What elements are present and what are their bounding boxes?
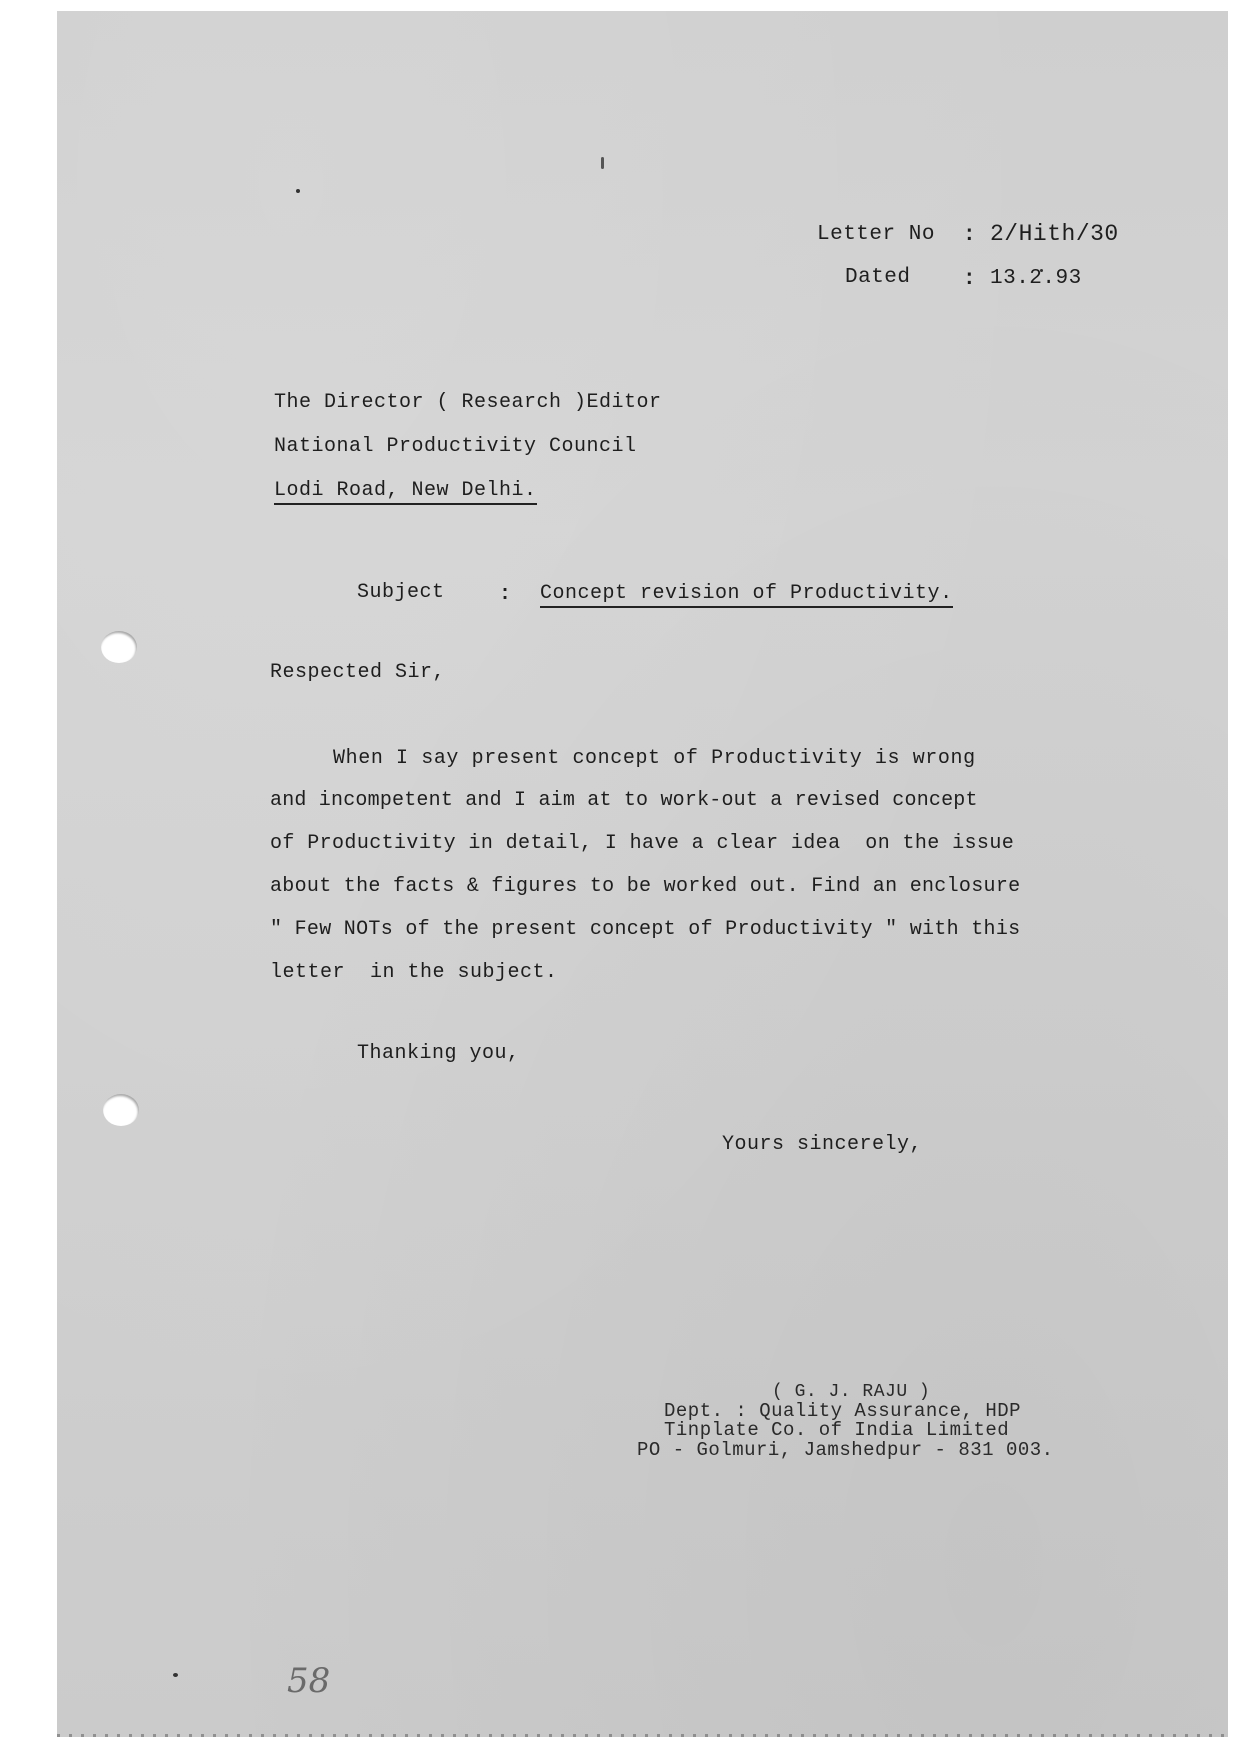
scanned-letter-page: Letter No : 2/Hith/30 Dated : 13.2.93 Th… (57, 11, 1228, 1737)
handwritten-page-number: 58 (287, 1661, 330, 1701)
body-line: and incompetent and I aim at to work-out… (270, 789, 978, 812)
punch-hole-bottom (103, 1094, 139, 1126)
letter-no-separator: : (963, 224, 976, 247)
ink-speck (296, 189, 300, 193)
ink-speck (601, 157, 604, 169)
signatory-name: ( G. J. RAJU ) (772, 1382, 930, 1402)
letter-no-value: 2/Hith/30 (990, 221, 1119, 247)
closing-thanks: Thanking you, (357, 1042, 520, 1065)
dated-label: Dated (845, 266, 911, 289)
ink-speck (173, 1673, 178, 1677)
body-line: about the facts & figures to be worked o… (270, 875, 1020, 898)
salutation: Respected Sir, (270, 661, 445, 684)
dated-value: 13.2.93 (990, 267, 1082, 290)
subject-separator: : (499, 583, 512, 606)
recipient-line-3: Lodi Road, New Delhi. (274, 479, 537, 505)
scan-bottom-edge (57, 1734, 1228, 1737)
letter-no-label: Letter No (817, 223, 935, 246)
body-line: When I say present concept of Productivi… (270, 747, 976, 770)
recipient-line-1: The Director ( Research )Editor (274, 391, 662, 414)
dated-separator: : (963, 268, 976, 291)
body-line: " Few NOTs of the present concept of Pro… (270, 918, 1020, 941)
recipient-line-2: National Productivity Council (274, 435, 637, 458)
body-line: of Productivity in detail, I have a clea… (270, 832, 1014, 855)
closing-sign-off: Yours sincerely, (722, 1133, 922, 1156)
subject-label: Subject (357, 581, 445, 604)
signatory-address: PO - Golmuri, Jamshedpur - 831 003. (637, 1439, 1054, 1461)
punch-hole-top (101, 631, 137, 663)
body-line: letter in the subject. (270, 961, 558, 984)
signatory-company: Tinplate Co. of India Limited (664, 1419, 1009, 1441)
subject-value: Concept revision of Productivity. (540, 582, 953, 608)
